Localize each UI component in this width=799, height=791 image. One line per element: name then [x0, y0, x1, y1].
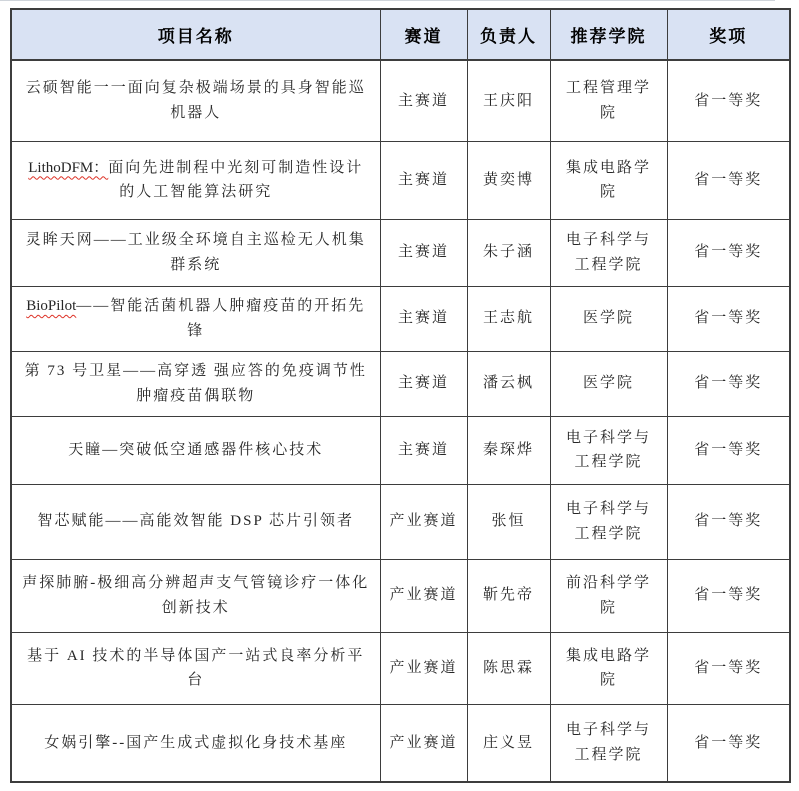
leader-cell: 陈思霖 — [467, 632, 550, 704]
project-name-cell: LithoDFM：面向先进制程中光刻可制造性设计的人工智能算法研究 — [11, 141, 380, 219]
project-name-cell: 声探肺腑-极细高分辨超声支气管镜诊疗一体化创新技术 — [11, 559, 380, 632]
column-header-award: 奖项 — [667, 9, 790, 60]
project-name-text: 面向先进制程中光刻可制造性设计的人工智能算法研究 — [108, 160, 363, 200]
table-row: 基于 AI 技术的半导体国产一站式良率分析平台产业赛道陈思霖集成电路学院省一等奖 — [11, 632, 790, 704]
table-body: 云硕智能一一面向复杂极端场景的具身智能巡机器人主赛道王庆阳工程管理学院省一等奖L… — [11, 60, 790, 782]
award-cell: 省一等奖 — [667, 286, 790, 351]
college-cell: 医学院 — [550, 286, 667, 351]
project-name-text: 声探肺腑-极细高分辨超声支气管镜诊疗一体化创新技术 — [22, 575, 369, 615]
project-name-cell: 基于 AI 技术的半导体国产一站式良率分析平台 — [11, 632, 380, 704]
leader-cell: 秦琛烨 — [467, 416, 550, 484]
track-cell: 主赛道 — [380, 141, 467, 219]
table-row: 云硕智能一一面向复杂极端场景的具身智能巡机器人主赛道王庆阳工程管理学院省一等奖 — [11, 60, 790, 141]
track-cell: 产业赛道 — [380, 484, 467, 559]
track-cell: 主赛道 — [380, 416, 467, 484]
college-cell: 工程管理学院 — [550, 60, 667, 141]
college-cell: 电子科学与工程学院 — [550, 219, 667, 286]
award-cell: 省一等奖 — [667, 416, 790, 484]
award-cell: 省一等奖 — [667, 351, 790, 416]
column-header-project-name: 项目名称 — [11, 9, 380, 60]
project-name-cell: 第 73 号卫星——高穿透 强应答的免疫调节性肿瘤疫苗偶联物 — [11, 351, 380, 416]
misspelled-word: BioPilot — [26, 298, 76, 314]
table-row: 灵眸天网——工业级全环境自主巡检无人机集群系统主赛道朱子涵电子科学与工程学院省一… — [11, 219, 790, 286]
college-cell: 前沿科学学院 — [550, 559, 667, 632]
leader-cell: 王志航 — [467, 286, 550, 351]
track-cell: 主赛道 — [380, 60, 467, 141]
award-cell: 省一等奖 — [667, 559, 790, 632]
leader-cell: 王庆阳 — [467, 60, 550, 141]
column-header-track: 赛道 — [380, 9, 467, 60]
leader-cell: 黄奕博 — [467, 141, 550, 219]
college-cell: 电子科学与工程学院 — [550, 704, 667, 782]
college-cell: 电子科学与工程学院 — [550, 416, 667, 484]
project-name-text: 灵眸天网——工业级全环境自主巡检无人机集群系统 — [26, 232, 366, 272]
column-header-leader: 负责人 — [467, 9, 550, 60]
leader-cell: 潘云枫 — [467, 351, 550, 416]
leader-cell: 庄义昱 — [467, 704, 550, 782]
award-cell: 省一等奖 — [667, 484, 790, 559]
table-header: 项目名称 赛道 负责人 推荐学院 奖项 — [11, 9, 790, 60]
column-header-college: 推荐学院 — [550, 9, 667, 60]
college-cell: 集成电路学院 — [550, 632, 667, 704]
table-row: 智芯赋能——高能效智能 DSP 芯片引领者产业赛道张恒电子科学与工程学院省一等奖 — [11, 484, 790, 559]
table-row: 声探肺腑-极细高分辨超声支气管镜诊疗一体化创新技术产业赛道靳先帝前沿科学学院省一… — [11, 559, 790, 632]
table-row: 女娲引擎--国产生成式虚拟化身技术基座产业赛道庄义昱电子科学与工程学院省一等奖 — [11, 704, 790, 782]
project-name-cell: 女娲引擎--国产生成式虚拟化身技术基座 — [11, 704, 380, 782]
track-cell: 产业赛道 — [380, 704, 467, 782]
track-cell: 产业赛道 — [380, 632, 467, 704]
table-row: 天瞳—突破低空通感器件核心技术主赛道秦琛烨电子科学与工程学院省一等奖 — [11, 416, 790, 484]
project-name-text: 第 73 号卫星——高穿透 强应答的免疫调节性肿瘤疫苗偶联物 — [25, 363, 367, 403]
track-cell: 主赛道 — [380, 351, 467, 416]
misspelled-word: LithoDFM： — [28, 160, 108, 176]
project-name-cell: 天瞳—突破低空通感器件核心技术 — [11, 416, 380, 484]
table-row: 第 73 号卫星——高穿透 强应答的免疫调节性肿瘤疫苗偶联物主赛道潘云枫医学院省… — [11, 351, 790, 416]
leader-cell: 靳先帝 — [467, 559, 550, 632]
project-name-cell: 灵眸天网——工业级全环境自主巡检无人机集群系统 — [11, 219, 380, 286]
project-name-text: 基于 AI 技术的半导体国产一站式良率分析平台 — [27, 648, 364, 688]
college-cell: 集成电路学院 — [550, 141, 667, 219]
award-results-table: 项目名称 赛道 负责人 推荐学院 奖项 云硕智能一一面向复杂极端场景的具身智能巡… — [10, 8, 791, 783]
project-name-text: 女娲引擎--国产生成式虚拟化身技术基座 — [44, 735, 347, 751]
college-cell: 医学院 — [550, 351, 667, 416]
award-cell: 省一等奖 — [667, 141, 790, 219]
track-cell: 产业赛道 — [380, 559, 467, 632]
project-name-cell: 云硕智能一一面向复杂极端场景的具身智能巡机器人 — [11, 60, 380, 141]
project-name-text: 天瞳—突破低空通感器件核心技术 — [68, 442, 323, 458]
award-cell: 省一等奖 — [667, 704, 790, 782]
award-cell: 省一等奖 — [667, 60, 790, 141]
table-row: BioPilot——智能活菌机器人肿瘤疫苗的开拓先锋主赛道王志航医学院省一等奖 — [11, 286, 790, 351]
project-name-text: 智芯赋能——高能效智能 DSP 芯片引领者 — [38, 513, 354, 529]
college-cell: 电子科学与工程学院 — [550, 484, 667, 559]
track-cell: 主赛道 — [380, 286, 467, 351]
award-cell: 省一等奖 — [667, 219, 790, 286]
project-name-text: 云硕智能一一面向复杂极端场景的具身智能巡机器人 — [26, 80, 366, 120]
page-top-edge — [0, 0, 775, 1]
table-row: LithoDFM：面向先进制程中光刻可制造性设计的人工智能算法研究主赛道黄奕博集… — [11, 141, 790, 219]
header-row: 项目名称 赛道 负责人 推荐学院 奖项 — [11, 9, 790, 60]
project-name-text: ——智能活菌机器人肿瘤疫苗的开拓先锋 — [76, 298, 365, 338]
award-cell: 省一等奖 — [667, 632, 790, 704]
leader-cell: 朱子涵 — [467, 219, 550, 286]
track-cell: 主赛道 — [380, 219, 467, 286]
project-name-cell: 智芯赋能——高能效智能 DSP 芯片引领者 — [11, 484, 380, 559]
leader-cell: 张恒 — [467, 484, 550, 559]
project-name-cell: BioPilot——智能活菌机器人肿瘤疫苗的开拓先锋 — [11, 286, 380, 351]
